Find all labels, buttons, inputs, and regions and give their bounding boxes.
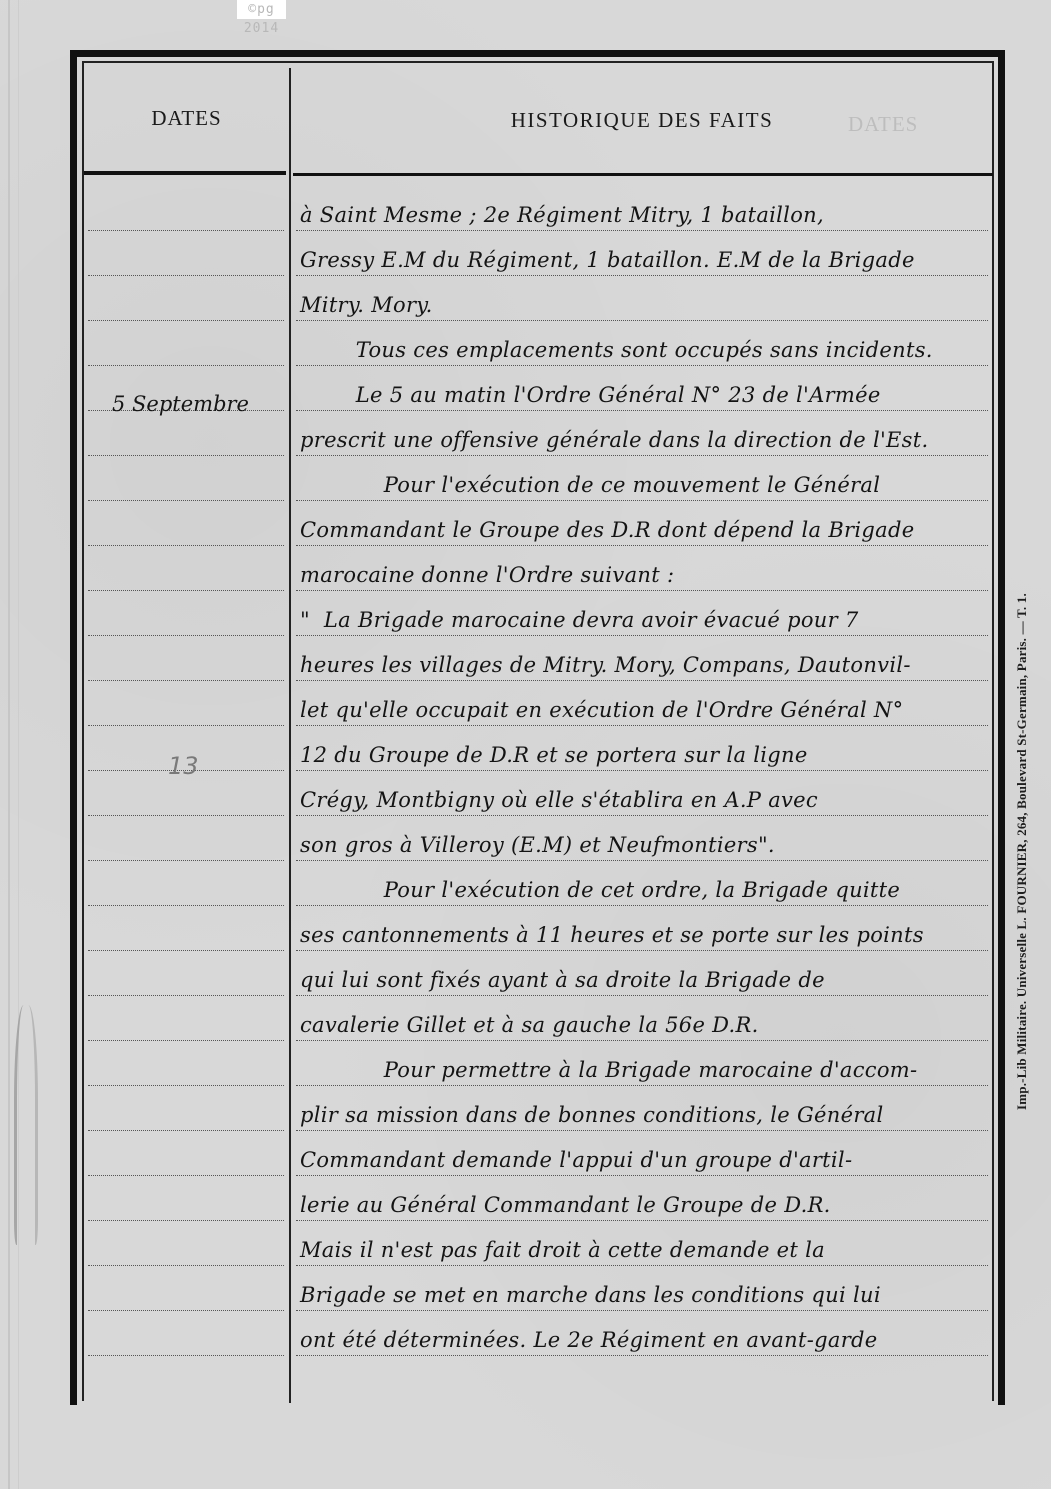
history-line: Pour l'exécution de ce mouvement le Géné… — [300, 473, 880, 497]
binding-edge-inner — [18, 0, 19, 1489]
ruled-line-history — [296, 950, 988, 951]
column-header-dates: DATES — [84, 106, 289, 131]
history-line: lerie au Général Commandant le Groupe de… — [300, 1193, 831, 1217]
ruled-line-history — [296, 860, 988, 861]
history-line: 12 du Groupe de D.R et se portera sur la… — [300, 743, 808, 767]
show-through-text: DATES — [848, 112, 918, 137]
ruled-line-history — [296, 815, 988, 816]
ruled-line-history — [296, 1085, 988, 1086]
pencil-page-number: 13 — [168, 752, 199, 780]
history-line: let qu'elle occupait en exécution de l'O… — [300, 698, 903, 722]
header-rule-history — [293, 173, 993, 176]
history-line: Gressy E.M du Régiment, 1 bataillon. E.M… — [300, 248, 915, 272]
history-line: " La Brigade marocaine devra avoir évacu… — [300, 608, 859, 632]
ruled-line-dates — [88, 1085, 284, 1086]
ruled-line-dates — [88, 1175, 284, 1176]
ruled-line-dates — [88, 635, 284, 636]
history-line: Mitry. Mory. — [300, 293, 433, 317]
ruled-line-dates — [88, 590, 284, 591]
ruled-line-dates — [88, 455, 284, 456]
ruled-line-dates — [88, 815, 284, 816]
printer-imprint: Imp.-Lib Militaire. Universelle L. FOURN… — [1014, 593, 1030, 1110]
ruled-line-history — [296, 1040, 988, 1041]
ruled-line-history — [296, 365, 988, 366]
ruled-line-history — [296, 725, 988, 726]
ruled-line-dates — [88, 365, 284, 366]
history-line: Crégy, Montbigny où elle s'établira en A… — [300, 788, 818, 812]
history-line: qui lui sont fixés ayant à sa droite la … — [300, 968, 825, 992]
history-line: son gros à Villeroy (E.M) et Neufmontier… — [300, 833, 775, 857]
ruled-line-dates — [88, 905, 284, 906]
ruled-line-dates — [88, 1220, 284, 1221]
ruled-line-history — [296, 770, 988, 771]
header-rule-dates — [84, 171, 286, 175]
history-line: prescrit une offensive générale dans la … — [300, 428, 928, 452]
history-line: Commandant demande l'appui d'un groupe d… — [300, 1148, 852, 1172]
ruled-line-dates — [88, 680, 284, 681]
watermark: ©pg 2014 — [237, 0, 286, 19]
ruled-line-dates — [88, 320, 284, 321]
ruled-line-history — [296, 1220, 988, 1221]
ruled-line-history — [296, 500, 988, 501]
history-line: Commandant le Groupe des D.R dont dépend… — [300, 518, 914, 542]
column-divider — [289, 68, 291, 1403]
history-line: Pour l'exécution de cet ordre, la Brigad… — [300, 878, 900, 902]
ruled-line-history — [296, 1310, 988, 1311]
ruled-line-history — [296, 230, 988, 231]
ruled-line-dates — [88, 1265, 284, 1266]
history-line: ont été déterminées. Le 2e Régiment en a… — [300, 1328, 878, 1352]
ruled-line-dates — [88, 275, 284, 276]
ruled-line-dates — [88, 995, 284, 996]
history-line: Pour permettre à la Brigade marocaine d'… — [300, 1058, 917, 1082]
ruled-line-history — [296, 590, 988, 591]
history-line: plir sa mission dans de bonnes condition… — [300, 1103, 884, 1127]
ruled-line-history — [296, 995, 988, 996]
ruled-line-history — [296, 905, 988, 906]
ruled-line-dates — [88, 1040, 284, 1041]
ruled-line-dates — [88, 500, 284, 501]
ruled-line-history — [296, 1130, 988, 1131]
date-entry-5-septembre: 5 Septembre — [112, 392, 249, 416]
ruled-line-history — [296, 275, 988, 276]
ruled-line-history — [296, 635, 988, 636]
ruled-line-history — [296, 455, 988, 456]
binding-edge — [8, 0, 10, 1489]
ruled-line-dates — [88, 1130, 284, 1131]
history-line: Le 5 au matin l'Ordre Général N° 23 de l… — [300, 383, 881, 407]
ruled-line-dates — [88, 545, 284, 546]
ruled-line-dates — [88, 230, 284, 231]
ruled-line-history — [296, 320, 988, 321]
ruled-line-dates — [88, 1355, 284, 1356]
binding-string — [14, 1005, 38, 1245]
history-line: ses cantonnements à 11 heures et se port… — [300, 923, 924, 947]
history-line: cavalerie Gillet et à sa gauche la 56e D… — [300, 1013, 759, 1037]
ruled-line-history — [296, 680, 988, 681]
ruled-line-history — [296, 1265, 988, 1266]
ruled-line-history — [296, 1355, 988, 1356]
ruled-line-dates — [88, 1310, 284, 1311]
history-line: Mais il n'est pas fait droit à cette dem… — [300, 1238, 825, 1262]
ruled-line-dates — [88, 950, 284, 951]
ruled-line-dates — [88, 860, 284, 861]
history-line: marocaine donne l'Ordre suivant : — [300, 563, 674, 587]
history-line: Brigade se met en marche dans les condit… — [300, 1283, 881, 1307]
history-line: à Saint Mesme ; 2e Régiment Mitry, 1 bat… — [300, 203, 824, 227]
ruled-line-dates — [88, 725, 284, 726]
history-line: heures les villages de Mitry. Mory, Comp… — [300, 653, 911, 677]
ruled-line-history — [296, 1175, 988, 1176]
history-line: Tous ces emplacements sont occupés sans … — [300, 338, 933, 362]
ruled-line-history — [296, 545, 988, 546]
ruled-line-history — [296, 410, 988, 411]
